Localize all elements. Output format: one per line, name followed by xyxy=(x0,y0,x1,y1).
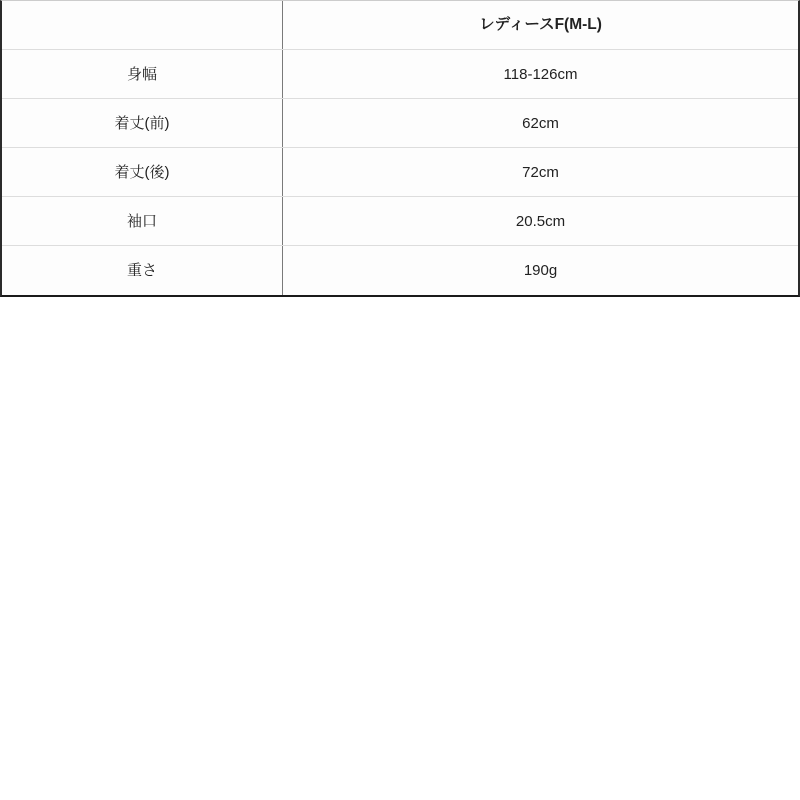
table-row: 着丈(前) 62cm xyxy=(2,99,798,148)
row-label-length-back: 着丈(後) xyxy=(2,148,283,196)
table-row: 袖口 20.5cm xyxy=(2,197,798,246)
row-label-weight: 重さ xyxy=(2,246,283,295)
row-label-length-front: 着丈(前) xyxy=(2,99,283,147)
row-label-cuff: 袖口 xyxy=(2,197,283,245)
row-label-body-width: 身幅 xyxy=(2,50,283,98)
table-row: 着丈(後) 72cm xyxy=(2,148,798,197)
table-header-row: レディースF(M-L) xyxy=(2,1,798,50)
table-row: 重さ 190g xyxy=(2,246,798,295)
row-value-length-front: 62cm xyxy=(283,99,798,147)
row-value-cuff: 20.5cm xyxy=(283,197,798,245)
row-value-length-back: 72cm xyxy=(283,148,798,196)
row-value-body-width: 118-126cm xyxy=(283,50,798,98)
table-row: 身幅 118-126cm xyxy=(2,50,798,99)
header-empty-cell xyxy=(2,1,283,49)
size-spec-table: レディースF(M-L) 身幅 118-126cm 着丈(前) 62cm 着丈(後… xyxy=(0,0,800,297)
row-value-weight: 190g xyxy=(283,246,798,295)
page: レディースF(M-L) 身幅 118-126cm 着丈(前) 62cm 着丈(後… xyxy=(0,0,800,800)
header-size-column: レディースF(M-L) xyxy=(283,1,798,49)
